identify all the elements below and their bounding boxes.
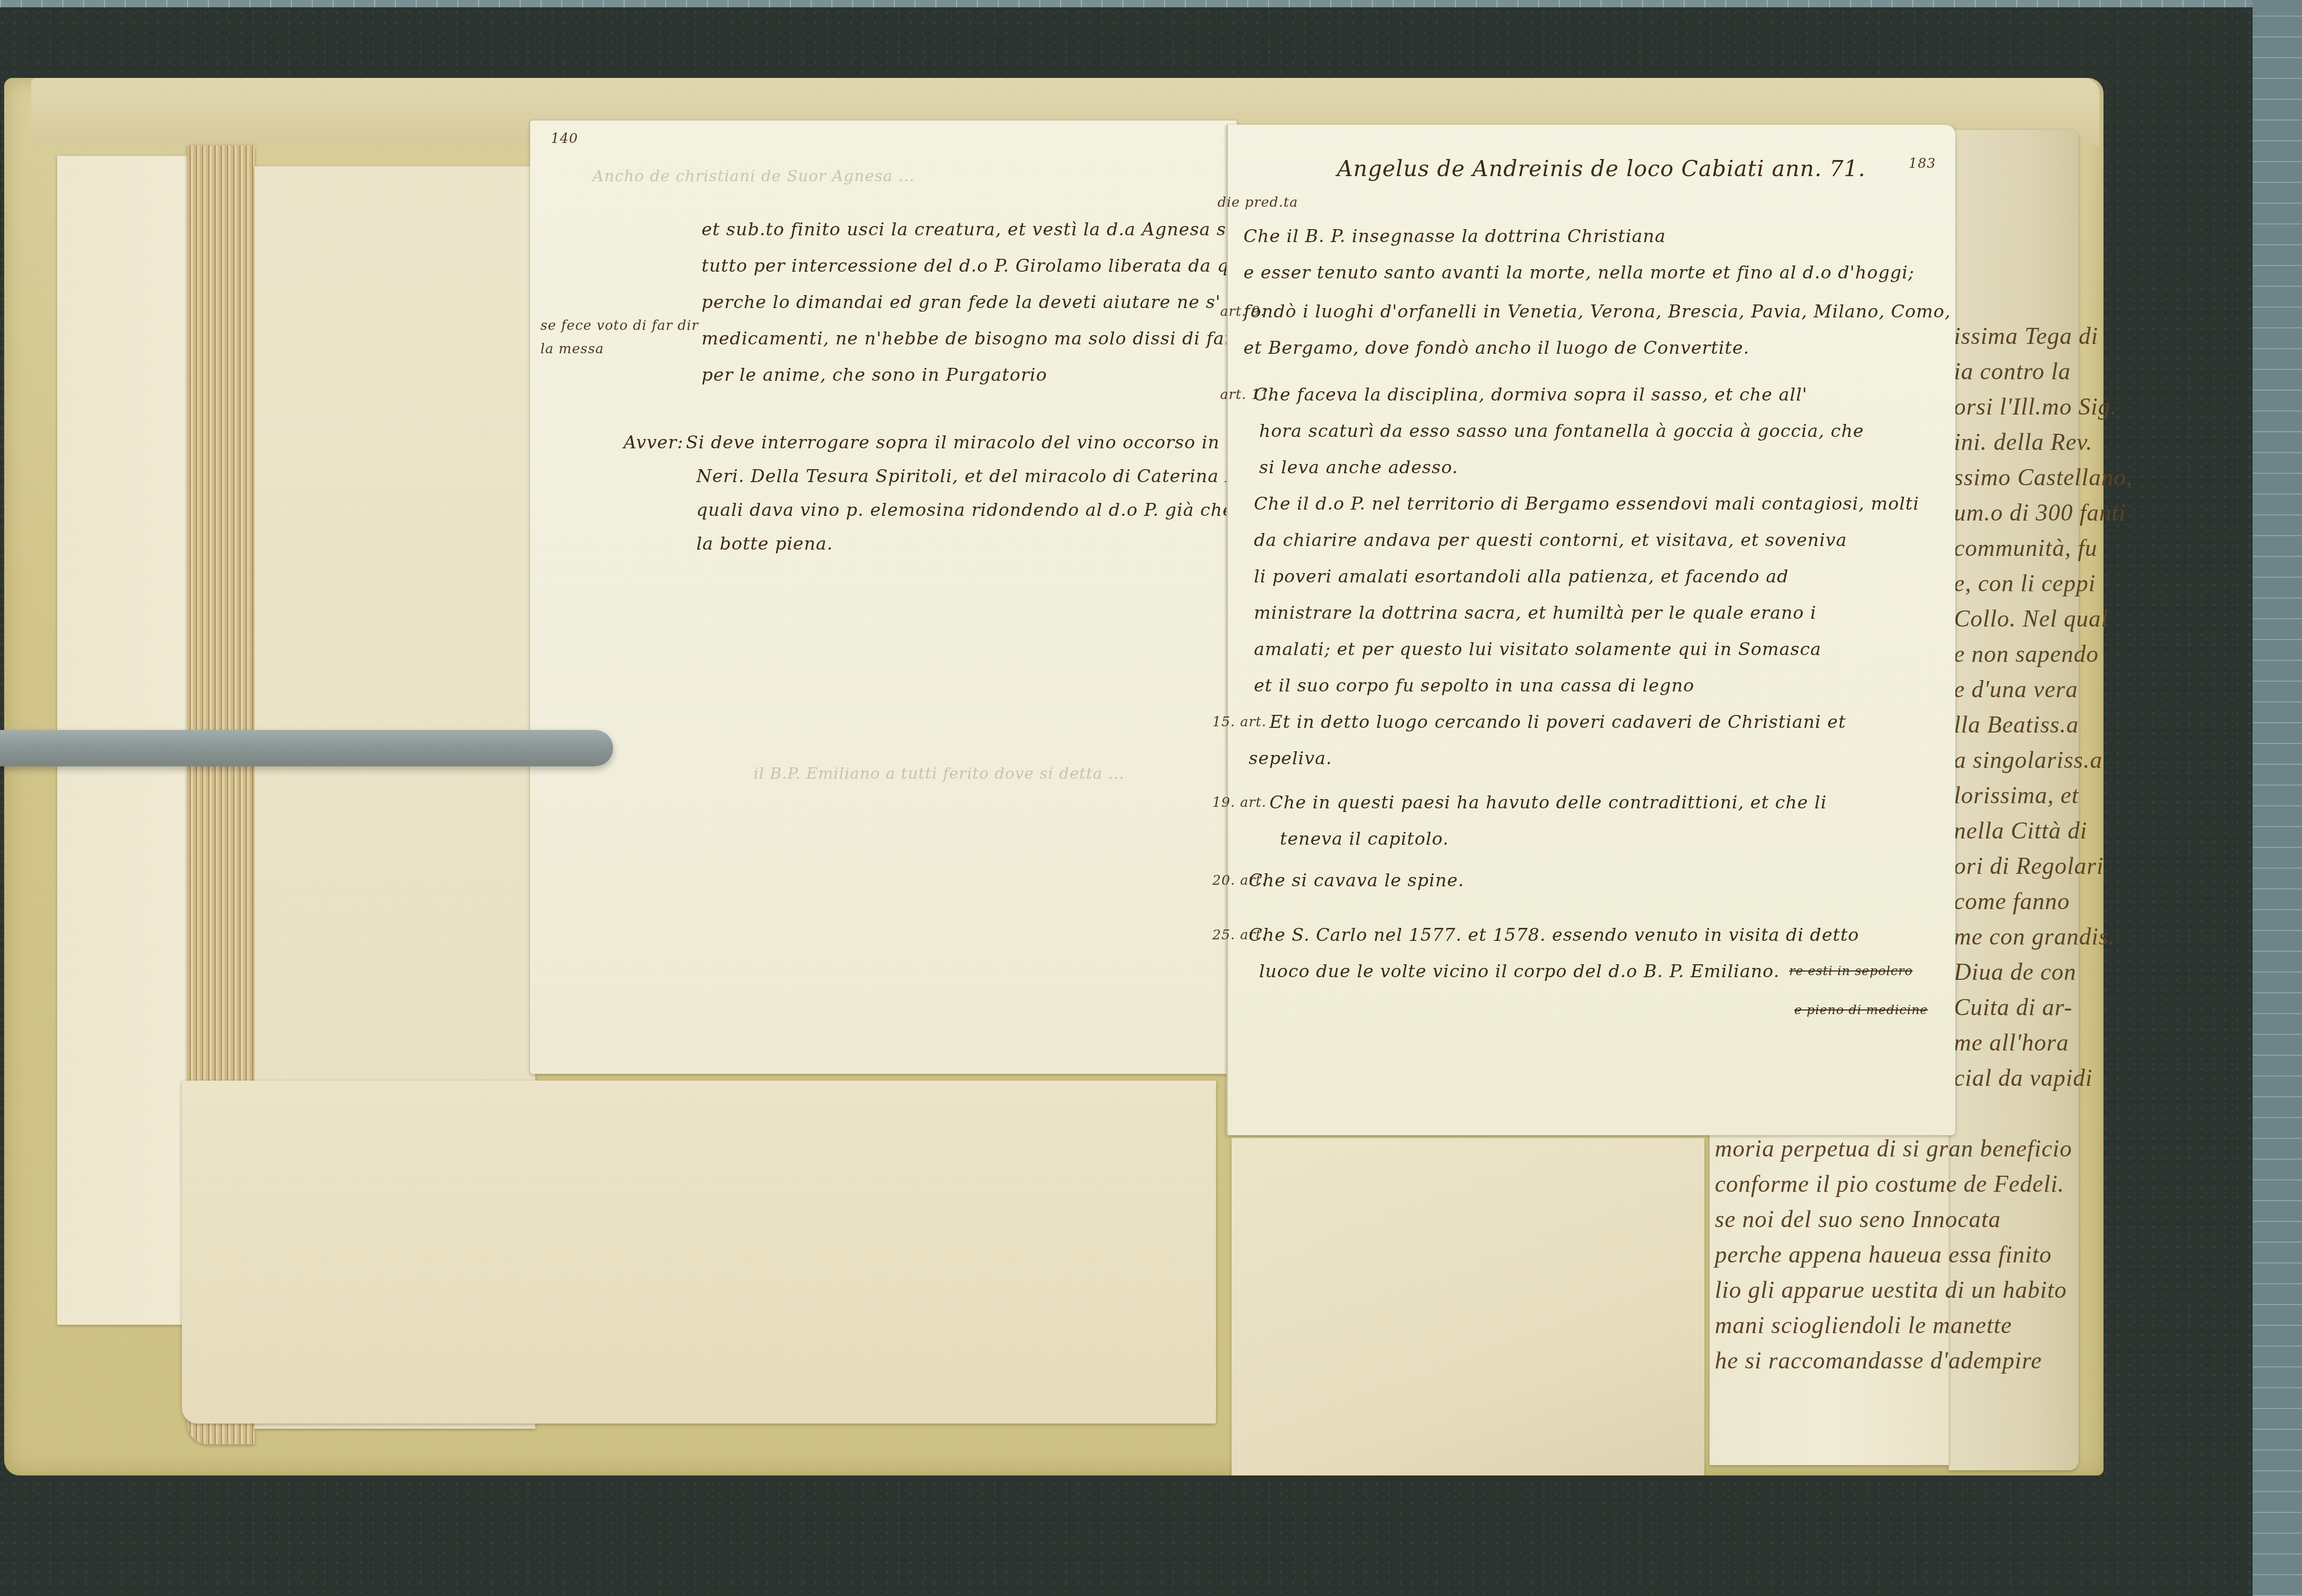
text-line: Neri. Della Tesura Spiritoli, et del mir…	[696, 466, 1280, 487]
underlying-text-line: ssimo Castellano,	[1954, 463, 2133, 491]
text-line: da chiarire andava per questi contorni, …	[1254, 530, 1847, 551]
underlying-text-line: communità, fu	[1954, 534, 2097, 562]
underlying-text-line: e d'una vera	[1954, 675, 2078, 703]
underlying-text-line: perche appena haueua essa finito	[1715, 1241, 2052, 1268]
pointer-rod	[0, 730, 613, 766]
text-line: fondò i luoghi d'orfanelli in Venetia, V…	[1243, 301, 1951, 322]
measuring-grid-right	[2253, 0, 2302, 1596]
text-line: amalati; et per questo lui visitato sola…	[1254, 639, 1821, 660]
measuring-grid-top	[0, 0, 2302, 7]
bottom-right-folded-sheet	[1232, 1138, 1704, 1475]
underlying-text-line: e, con li ceppi	[1954, 569, 2096, 597]
underlying-text-line: me con grandis.	[1954, 923, 2115, 950]
underlying-text-line: Diua de con	[1954, 958, 2076, 986]
text-line: Et in detto luogo cercando li poveri cad…	[1269, 712, 1846, 733]
text-line: Che il B. P. insegnasse la dottrina Chri…	[1243, 226, 1666, 247]
underlying-text-line: lla Beatiss.a	[1954, 711, 2079, 738]
underlying-text-line: he si raccomandasse d'adempire	[1715, 1347, 2042, 1374]
margin-note: se fece voto di far dir	[540, 318, 698, 334]
right-page: Angelus de Andreinis de loco Cabiati ann…	[1226, 125, 1955, 1135]
text-line: sepeliva.	[1249, 748, 1332, 769]
underlying-text-line: moria perpetua di si gran beneficio	[1715, 1135, 2072, 1162]
underlying-text-line: ia contro la	[1954, 357, 2071, 385]
text-line: Che in questi paesi ha havuto delle cont…	[1269, 792, 1827, 813]
underlying-text-line: me all'hora	[1954, 1029, 2069, 1056]
underlying-text-line: e non sapendo	[1954, 640, 2099, 668]
underlying-text-line: come fanno	[1954, 887, 2070, 915]
underlying-text-line: ori di Regolari	[1954, 852, 2103, 880]
underlying-text-line: ini. della Rev.	[1954, 428, 2093, 456]
text-line: ministrare la dottrina sacra, et humiltà…	[1254, 603, 1817, 623]
text-line: Che si cavava le spine.	[1249, 870, 1464, 891]
underlying-text-line: a singolariss.a	[1954, 746, 2102, 774]
text-line: la botte piena.	[696, 534, 833, 554]
text-line: li poveri amalati esortandoli alla patie…	[1254, 566, 1789, 587]
left-page: 140 Ancho de christiani de Suor Agnesa .…	[530, 121, 1237, 1074]
underlying-text-line: se noi del suo seno Innocata	[1715, 1205, 2001, 1233]
margin-note: 15. art.	[1212, 714, 1266, 730]
underlying-text-line: orsi l'Ill.mo Sig.	[1954, 393, 2117, 420]
underlying-text-line: lorissima, et	[1954, 781, 2079, 809]
underlying-text-line: Cuita di ar-	[1954, 993, 2072, 1021]
struck-note: re esti in sepolcro	[1789, 964, 1913, 978]
underlying-text-line: lio gli apparue uestita di un habito	[1715, 1276, 2067, 1304]
margin-note: la messa	[540, 341, 604, 357]
underlying-text-line: issima Tega di	[1954, 322, 2098, 350]
underlying-text-line: mani sciogliendoli le manette	[1715, 1311, 2012, 1339]
page-heading: Angelus de Andreinis de loco Cabiati ann…	[1337, 156, 1866, 181]
bleed-through-text: Ancho de christiani de Suor Agnesa ...	[592, 167, 915, 185]
text-line: si leva anche adesso.	[1259, 457, 1458, 478]
page-number: 183	[1909, 156, 1936, 171]
bottom-left-folded-sheet	[182, 1081, 1216, 1424]
text-line: et il suo corpo fu sepolto in una cassa …	[1254, 675, 1695, 696]
underlying-text-line: conforme il pio costume de Fedeli.	[1715, 1170, 2065, 1198]
text-line: e esser tenuto santo avanti la morte, ne…	[1243, 262, 1914, 283]
text-line: luoco due le volte vicino il corpo del d…	[1259, 961, 1780, 982]
text-line: hora scaturì da esso sasso una fontanell…	[1259, 421, 1864, 442]
text-line: Che faceva la disciplina, dormiva sopra …	[1254, 384, 1807, 405]
text-line: Che il d.o P. nel territorio di Bergamo …	[1254, 494, 1919, 514]
bleed-through-text: il B.P. Emiliano a tutti ferito dove si …	[753, 765, 1124, 783]
text-line: teneva il capitolo.	[1280, 829, 1449, 849]
underlying-text-line: nella Città di	[1954, 817, 2087, 844]
text-line: per le anime, che sono in Purgatorio	[702, 365, 1047, 385]
underlying-text-line: Collo. Nel qual	[1954, 605, 2108, 632]
struck-note: e pieno di medicine	[1794, 1003, 1928, 1017]
margin-note: 19. art.	[1212, 795, 1266, 810]
underlying-text-line: um.o di 300 fanti	[1954, 499, 2126, 526]
margin-note: die pred.ta	[1218, 195, 1298, 210]
margin-note-avver: Avver:	[624, 432, 683, 453]
text-line: Che S. Carlo nel 1577. et 1578. essendo …	[1249, 925, 1859, 946]
underlying-text-line: cial da vapidi	[1954, 1064, 2093, 1092]
text-line: et Bergamo, dove fondò ancho il luogo de…	[1243, 338, 1750, 358]
folio-number: 140	[551, 131, 578, 147]
